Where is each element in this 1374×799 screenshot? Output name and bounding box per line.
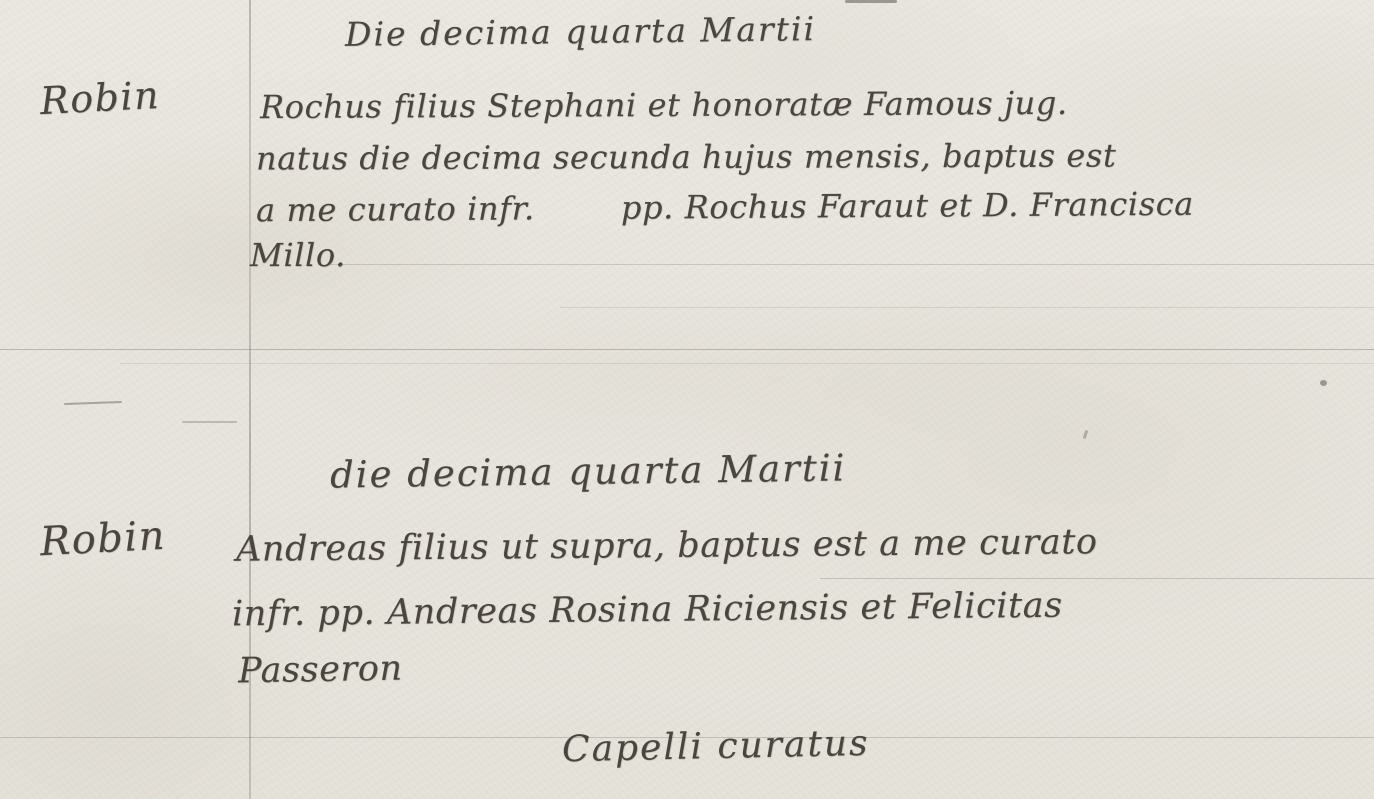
register-page-scan: Die decima quarta Martii Robin Rochus fi… [0, 0, 1374, 799]
ink-mark [64, 401, 122, 405]
margin-name: Robin [39, 73, 161, 123]
ruled-line [120, 363, 1374, 364]
entry-body-line: infr. pp. Andreas Rosina Riciensis et Fe… [232, 586, 1063, 635]
entry-body-line: Rochus filius Stephani et honoratæ Famou… [260, 84, 1068, 126]
entry-body-line: a me curato infr. pp. Rochus Faraut et D… [256, 185, 1194, 230]
entry-body-line: natus die decima secunda hujus mensis, b… [256, 136, 1117, 177]
ink-mark [182, 421, 237, 423]
ruled-line [330, 264, 1374, 265]
entry-body-line: Andreas filius ut supra, baptus est a me… [236, 522, 1098, 570]
ink-speck [1320, 380, 1327, 386]
margin-name: Robin [39, 513, 167, 566]
entry-body-line: Millo. [250, 236, 346, 274]
entry-date-heading: Die decima quarta Martii [345, 9, 816, 54]
ruled-line [820, 578, 1374, 579]
entry-date-heading: die decima quarta Martii [330, 446, 847, 496]
entry-body-line: Passeron [238, 649, 403, 692]
ink-speck [1083, 430, 1089, 439]
ruled-line [0, 349, 1374, 350]
ink-mark [845, 0, 897, 3]
curate-signature: Capelli curatus [562, 723, 870, 770]
ruled-line [560, 307, 1374, 308]
